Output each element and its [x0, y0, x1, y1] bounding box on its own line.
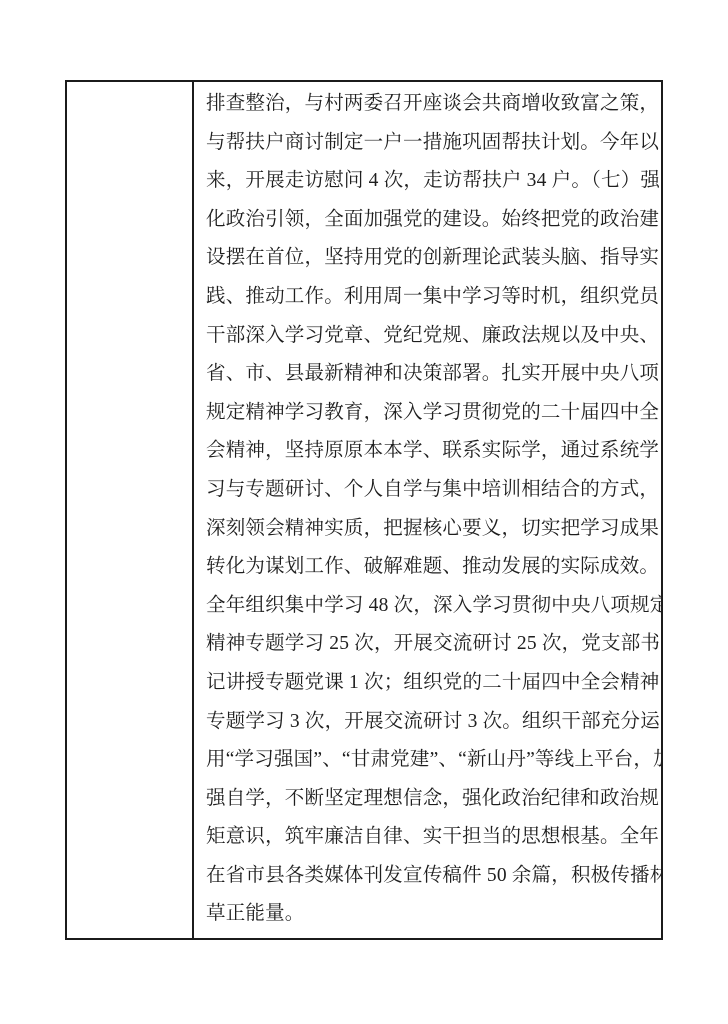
text-line: 用“学习强国”、“甘肃党建”、“新山丹”等线上平台，加 — [206, 741, 657, 780]
text-line: 转化为谋划工作、破解难题、推动发展的实际成效。 — [206, 548, 657, 587]
text-line: 矩意识，筑牢廉洁自律、实干担当的思想根基。全年 — [206, 818, 657, 857]
text-line: 设摆在首位，坚持用党的创新理论武装头脑、指导实 — [206, 239, 657, 278]
text-line: 规定精神学习教育，深入学习贯彻党的二十届四中全 — [206, 394, 657, 433]
paragraph-text: 排查整治，与村两委召开座谈会共商增收致富之策，与帮扶户商讨制定一户一措施巩固帮扶… — [206, 85, 657, 934]
text-line: 精神专题学习 25 次，开展交流研讨 25 次，党支部书 — [206, 625, 657, 664]
text-line: 习与专题研讨、个人自学与集中培训相结合的方式， — [206, 471, 657, 510]
text-line: 省、市、县最新精神和决策部署。扎实开展中央八项 — [206, 355, 657, 394]
document-page: 排查整治，与村两委召开座谈会共商增收致富之策，与帮扶户商讨制定一户一措施巩固帮扶… — [0, 0, 728, 1024]
text-line: 记讲授专题党课 1 次；组织党的二十届四中全会精神 — [206, 664, 657, 703]
row-content-cell: 排查整治，与村两委召开座谈会共商增收致富之策，与帮扶户商讨制定一户一措施巩固帮扶… — [194, 82, 661, 938]
text-line: 化政治引领，全面加强党的建设。始终把党的政治建 — [206, 201, 657, 240]
text-line: 专题学习 3 次，开展交流研讨 3 次。组织干部充分运 — [206, 703, 657, 742]
text-line: 来，开展走访慰问 4 次，走访帮扶户 34 户。（七）强 — [206, 162, 657, 201]
text-line: 会精神，坚持原原本本学、联系实际学，通过系统学 — [206, 432, 657, 471]
row-label-cell — [67, 82, 194, 938]
text-line: 干部深入学习党章、党纪党规、廉政法规以及中央、 — [206, 317, 657, 356]
report-table: 排查整治，与村两委召开座谈会共商增收致富之策，与帮扶户商讨制定一户一措施巩固帮扶… — [65, 80, 663, 940]
text-line: 在省市县各类媒体刊发宣传稿件 50 余篇，积极传播林 — [206, 857, 657, 896]
text-line: 草正能量。 — [206, 895, 657, 934]
text-line: 与帮扶户商讨制定一户一措施巩固帮扶计划。今年以 — [206, 124, 657, 163]
text-line: 强自学，不断坚定理想信念，强化政治纪律和政治规 — [206, 780, 657, 819]
text-line: 排查整治，与村两委召开座谈会共商增收致富之策， — [206, 85, 657, 124]
text-line: 深刻领会精神实质，把握核心要义，切实把学习成果 — [206, 510, 657, 549]
text-line: 践、推动工作。利用周一集中学习等时机，组织党员 — [206, 278, 657, 317]
text-line: 全年组织集中学习 48 次，深入学习贯彻中央八项规定 — [206, 587, 657, 626]
